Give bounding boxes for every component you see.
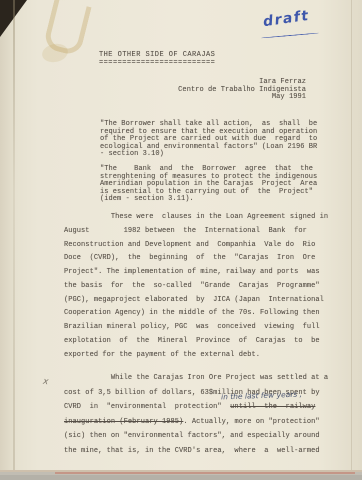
body-paragraph-1: These were clauses in the Loan Agreement… [64, 211, 328, 362]
text-line: explotation of the Mineral Province of C… [64, 335, 328, 349]
text-line: the mine, that is, in the CVRD's area, w… [64, 444, 328, 459]
struck-text: untill the railway [230, 403, 315, 411]
scanned-document-page: draft THE OTHER SIDE OF CARAJAS ========… [0, 0, 362, 480]
right-crease [351, 0, 352, 480]
text-line: Cooperation Agency) in the middle of the… [64, 307, 328, 321]
body-paragraph-2: While the Carajas Iron Ore Project was s… [64, 371, 328, 459]
draft-underline-stroke [261, 32, 319, 38]
byline-block: Iara Ferraz Centro de Trabalho Indigenis… [178, 79, 306, 102]
text-line: While the Carajas Iron Ore Project was s… [64, 371, 328, 386]
text-line: (sic) then on "environmental factors", a… [64, 429, 328, 444]
text-line: CVRD in "environmental protection" until… [64, 400, 328, 415]
text-line: (idem - section 3.11). [100, 196, 317, 204]
handwritten-margin-mark: x [42, 377, 49, 388]
text-line: Brazilian mineral policy, PGC was concei… [64, 321, 328, 335]
text-segment: CVRD in "environmental protection" [64, 403, 230, 411]
struck-text: inauguration (February 1985) [64, 418, 183, 426]
text-line: - section 3.10) [100, 151, 317, 159]
text-line: August 1982 between the International Ba… [64, 225, 328, 239]
text-line: Doce (CVRD), the beginning of the "Caraj… [64, 252, 328, 266]
handwritten-draft-annotation: draft [262, 8, 310, 30]
byline-date: May 1991 [178, 94, 306, 102]
scanner-edge-line [55, 472, 355, 474]
text-line: exported for the payment of the external… [64, 349, 328, 363]
text-line: inauguration (February 1985). Actually, … [64, 415, 328, 430]
document-title-block: THE OTHER SIDE OF CARAJAS ==============… [99, 51, 215, 67]
text-segment: . Actually, more on "protection" [183, 418, 319, 426]
text-line: (PGC), megaproject elaborated by JICA (J… [64, 294, 328, 308]
text-line: Project". The implementation of mine, ra… [64, 266, 328, 280]
loan-quote-1: "The Borrower shall take all action, as … [100, 121, 317, 159]
title-underline: ========================= [99, 59, 215, 67]
text-line: the basis for the so-called "Grande Cara… [64, 280, 328, 294]
text-line: Reconstruction and Development and Compa… [64, 239, 328, 253]
page-title: THE OTHER SIDE OF CARAJAS [99, 51, 215, 59]
loan-quote-2: "The Bank and the Borrower agree that th… [100, 166, 317, 204]
left-crease [13, 0, 15, 480]
text-line: These were clauses in the Loan Agreement… [64, 211, 328, 225]
